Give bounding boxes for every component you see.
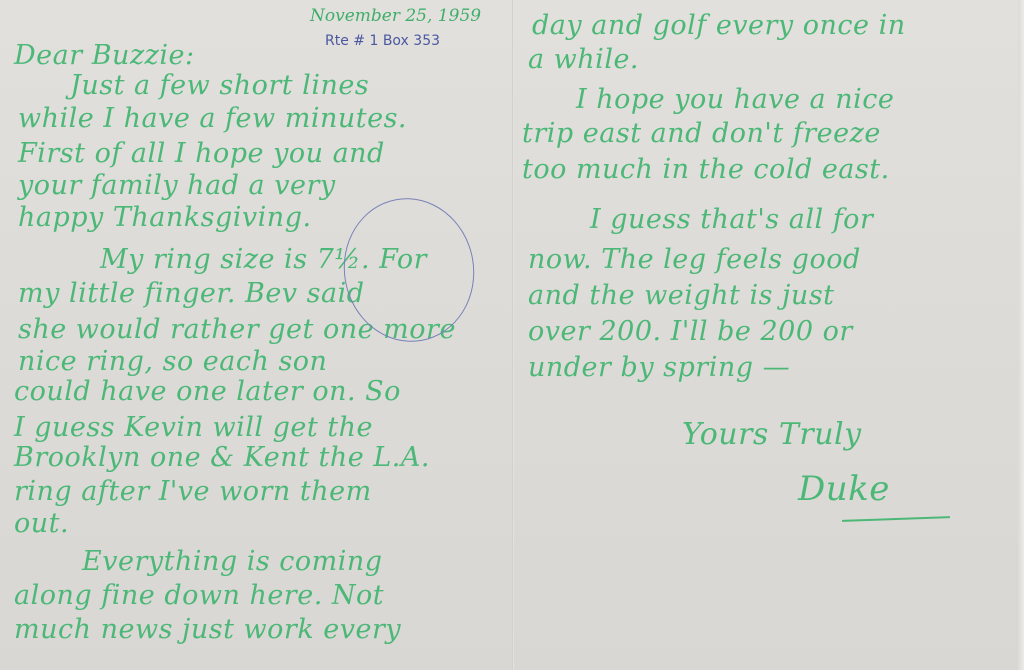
closing: Yours Truly bbox=[682, 420, 862, 450]
letter-line: Everything is coming bbox=[82, 548, 383, 575]
letter-line: under by spring — bbox=[528, 354, 790, 381]
letter-date: November 25, 1959 bbox=[310, 6, 481, 26]
address-annotation: Rte # 1 Box 353 bbox=[325, 33, 440, 49]
letter-line: a while. bbox=[528, 46, 639, 73]
letter-line: out. bbox=[14, 510, 69, 537]
letter-line: along fine down here. Not bbox=[14, 582, 384, 609]
letter-line: Brooklyn one & Kent the L.A. bbox=[14, 444, 430, 471]
letter-line: I hope you have a nice bbox=[576, 86, 894, 113]
letter-sheet: November 25, 1959 Rte # 1 Box 353 Dear B… bbox=[0, 0, 1024, 670]
letter-line: First of all I hope you and bbox=[18, 140, 385, 167]
letter-line: trip east and don't freeze bbox=[522, 120, 881, 147]
paper-edge bbox=[1018, 0, 1024, 670]
letter-line: your family had a very bbox=[18, 172, 336, 199]
salutation: Dear Buzzie: bbox=[14, 42, 195, 69]
letter-line: happy Thanksgiving. bbox=[18, 204, 312, 231]
letter-line: day and golf every once in bbox=[532, 12, 906, 39]
letter-line: could have one later on. So bbox=[14, 378, 401, 405]
letter-line: and the weight is just bbox=[528, 282, 835, 309]
letter-line: I guess that's all for bbox=[590, 206, 873, 233]
letter-line: I guess Kevin will get the bbox=[14, 414, 373, 441]
letter-line: ring after I've worn them bbox=[14, 478, 372, 505]
letter-line: nice ring, so each son bbox=[18, 348, 327, 375]
letter-line: now. The leg feels good bbox=[528, 246, 861, 273]
signature: Duke bbox=[798, 472, 890, 506]
letter-line: while I have a few minutes. bbox=[18, 105, 407, 132]
letter-line: too much in the cold east. bbox=[522, 156, 890, 183]
letter-line: much news just work every bbox=[14, 616, 401, 643]
letter-line: my little finger. Bev said bbox=[18, 280, 365, 307]
right-page: day and golf every once in a while. I ho… bbox=[514, 0, 1024, 670]
left-page: November 25, 1959 Rte # 1 Box 353 Dear B… bbox=[0, 0, 513, 670]
letter-line: Just a few short lines bbox=[70, 72, 369, 99]
letter-line: over 200. I'll be 200 or bbox=[528, 318, 853, 345]
